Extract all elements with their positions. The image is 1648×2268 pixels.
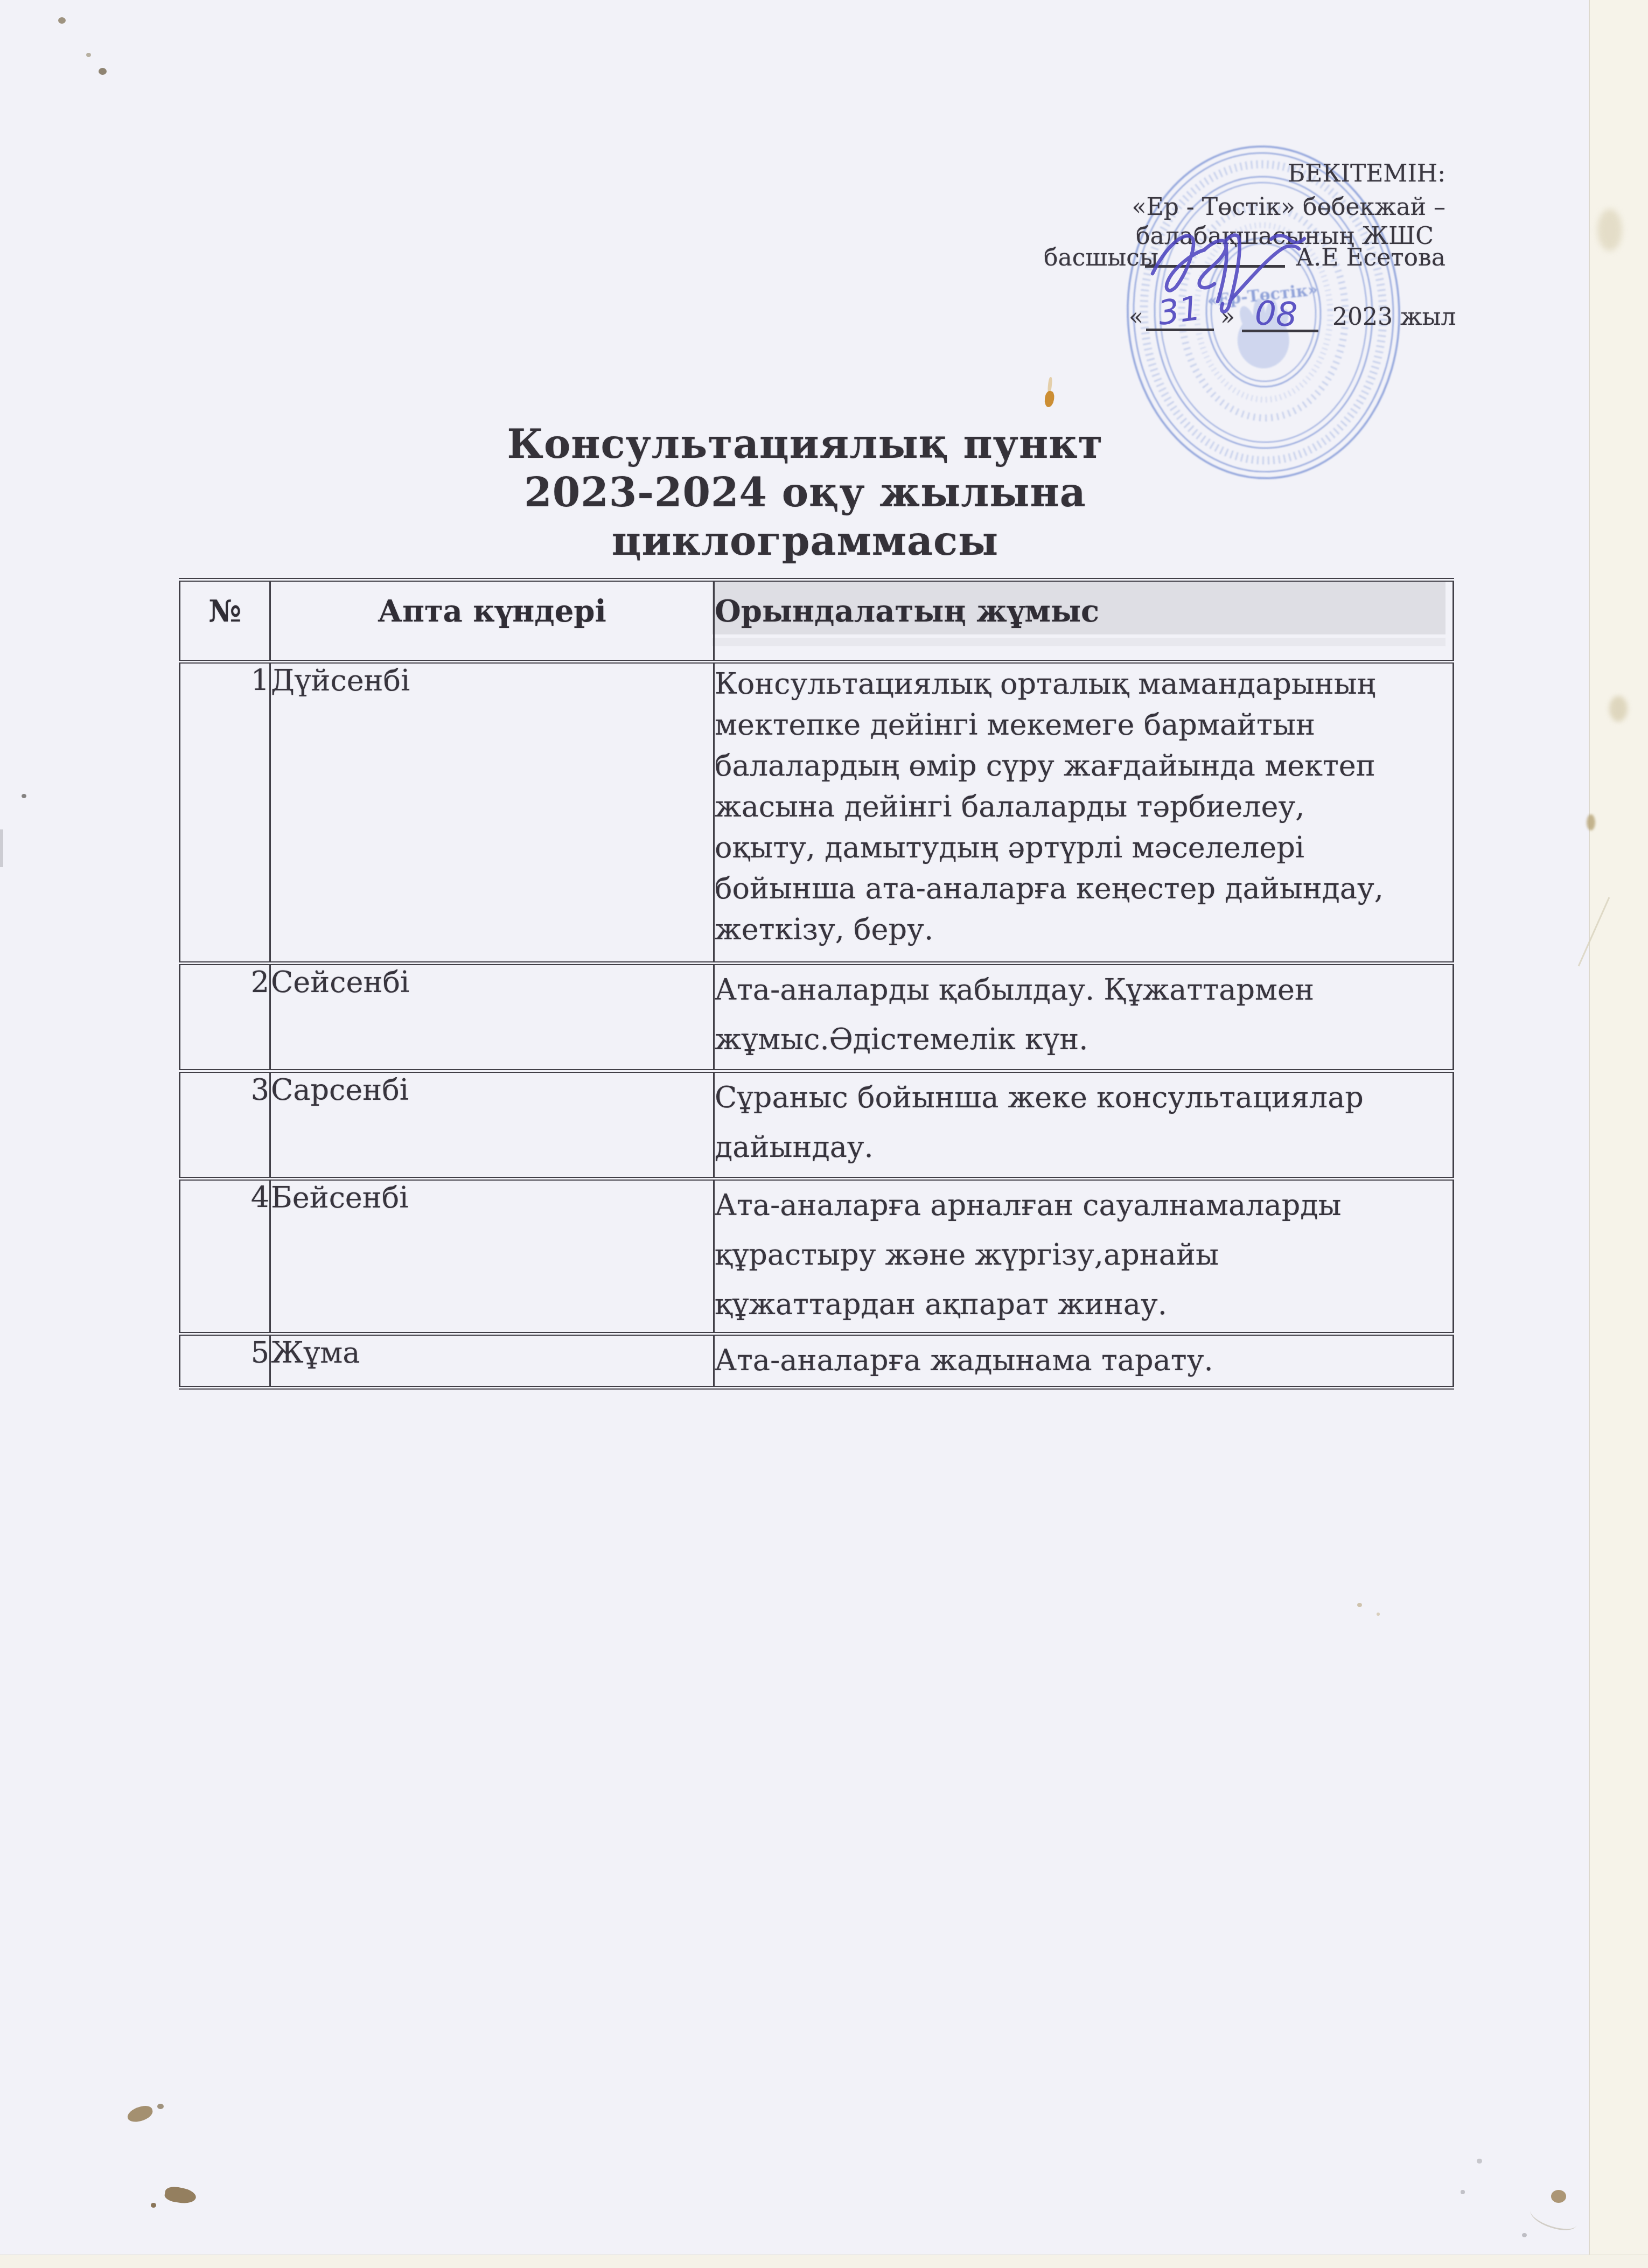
scan-background-bottom <box>0 2255 1648 2268</box>
title-line-1: Консультациялық пункт <box>0 420 1610 469</box>
scan-speck <box>1461 2190 1465 2194</box>
row-number: 4 <box>180 1179 270 1334</box>
scan-background-right <box>1589 0 1648 2268</box>
row-work: Ата-аналарды қабылдау. Құжаттармен жұмыс… <box>714 964 1454 1071</box>
scan-speck <box>1357 1603 1362 1607</box>
table-row: 3 Сарсенбі Сұраныс бойынша жеке консульт… <box>180 1071 1454 1179</box>
row-work: Ата-аналарға жадынама тарату. <box>714 1334 1454 1388</box>
table-header-row: № Апта күндері Орындалатың жұмыс <box>180 580 1454 662</box>
scan-speck <box>58 17 66 24</box>
row-day: Бейсенбі <box>270 1179 714 1334</box>
scan-speck <box>86 53 91 57</box>
row-work: Консультациялық орталық мамандарының мек… <box>714 662 1454 964</box>
director-label: басшысы <box>1044 243 1158 273</box>
table-row: 5 Жұма Ата-аналарға жадынама тарату. <box>180 1334 1454 1388</box>
ink-drip <box>1044 390 1055 408</box>
date-month-handwritten: 08 <box>1254 293 1298 334</box>
scan-edge-notch <box>0 829 3 867</box>
table-row: 4 Бейсенбі Ата-аналарға арналған сауална… <box>180 1179 1454 1334</box>
director-name: А.Е Есетова <box>1296 243 1446 273</box>
smudge <box>1609 696 1628 722</box>
row-number: 3 <box>180 1071 270 1179</box>
row-number: 5 <box>180 1334 270 1388</box>
approval-heading: БЕКІТЕМІН: <box>916 159 1446 189</box>
table-row: 2 Сейсенбі Ата-аналарды қабылдау. Құжатт… <box>180 964 1454 1071</box>
header-work: Орындалатың жұмыс <box>714 580 1454 662</box>
smudge <box>126 2104 155 2124</box>
smudge <box>164 2185 197 2206</box>
smudge <box>1597 209 1622 251</box>
header-weekdays: Апта күндері <box>270 580 714 662</box>
title-line-3: циклограммасы <box>0 517 1610 566</box>
scan-scratch <box>1527 2200 1580 2235</box>
header-number: № <box>180 580 270 662</box>
row-work: Сұраныс бойынша жеке консультациялар дай… <box>714 1071 1454 1179</box>
smudge <box>1551 2190 1566 2203</box>
row-day: Сарсенбі <box>270 1071 714 1179</box>
date-open-quote: « <box>1129 303 1143 332</box>
scan-speck <box>151 2203 156 2208</box>
table-row: 1 Дүйсенбі Консультациялық орталық маман… <box>180 662 1454 964</box>
row-work: Ата-аналарға арналған сауалнамаларды құр… <box>714 1179 1454 1334</box>
approval-org-line1: «Ер - Төстік» бөбекжай – <box>916 193 1446 222</box>
title-line-2: 2023-2024 оқу жылына <box>0 469 1610 517</box>
scan-speck <box>22 794 26 798</box>
row-day: Жұма <box>270 1334 714 1388</box>
date-year: 2023 жыл <box>1332 303 1456 332</box>
document-title: Консультациялық пункт 2023-2024 оқу жылы… <box>0 420 1610 566</box>
date-day-handwritten: 31 <box>1155 288 1203 333</box>
smudge <box>1587 814 1595 831</box>
row-number: 2 <box>180 964 270 1071</box>
scan-speck <box>1522 2233 1527 2237</box>
row-day: Дүйсенбі <box>270 662 714 964</box>
row-day: Сейсенбі <box>270 964 714 1071</box>
scan-speck <box>99 68 107 75</box>
row-number: 1 <box>180 662 270 964</box>
schedule-table: № Апта күндері Орындалатың жұмыс 1 Дүйсе… <box>179 578 1454 1390</box>
scan-speck <box>1477 2159 1482 2164</box>
scan-speck <box>157 2104 164 2109</box>
scan-speck <box>1377 1613 1380 1616</box>
scanned-document-page: «Ер-Төстік» БЕКІТЕМІН: «Ер - Төстік» бөб… <box>0 0 1648 2268</box>
